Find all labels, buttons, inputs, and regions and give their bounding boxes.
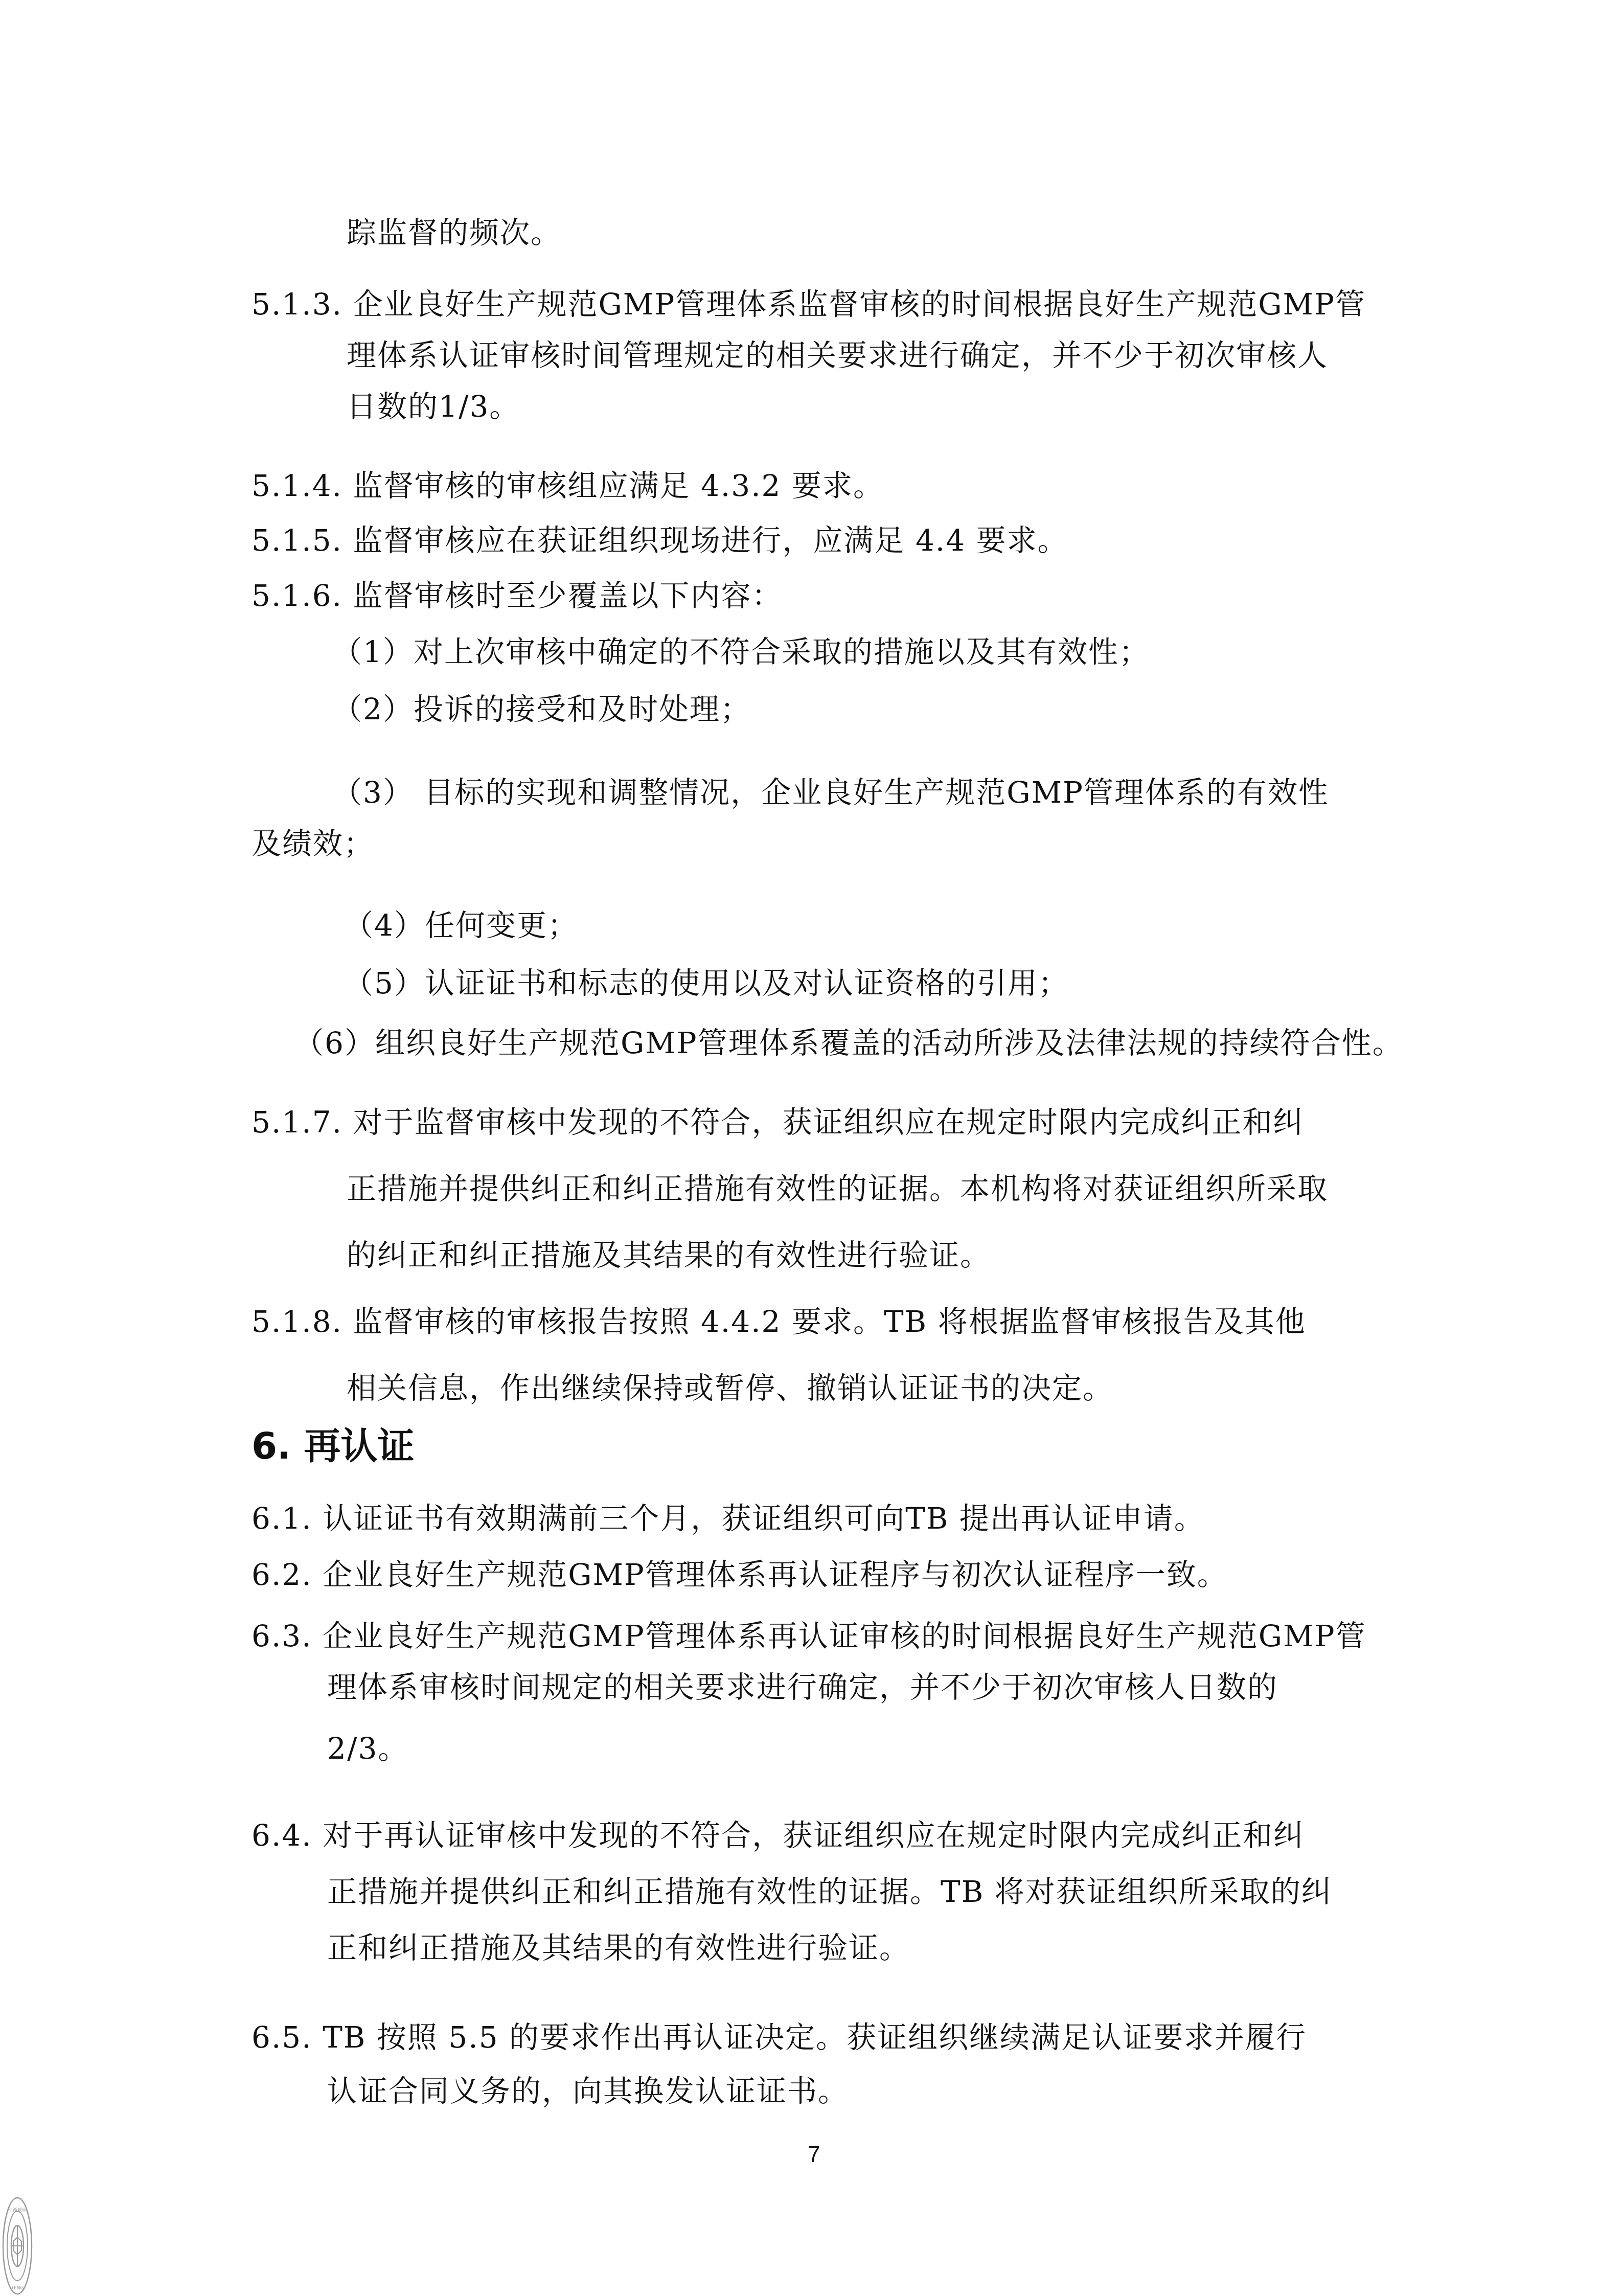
- clause-text: 企业良好生产规范GMP管理体系再认证审核的时间根据良好生产规范GMP管: [323, 1619, 1366, 1653]
- section-heading-6: 6. 再认证: [252, 1424, 415, 1468]
- clause-number: 5.1.4.: [252, 468, 342, 504]
- seal-bottom-text: TENG: [11, 2286, 24, 2291]
- clause-6-2: 6.2. 企业良好生产规范GMP管理体系再认证程序与初次认证程序一致。: [252, 1557, 1228, 1593]
- clause-5-1-8-line2: 相关信息，作出继续保持或暂停、撤销认证证书的决定。: [347, 1370, 1113, 1406]
- page-number: 7: [808, 2142, 820, 2168]
- clause-text: 监督审核应在获证组织现场进行，应满足 4.4 要求。: [353, 523, 1068, 558]
- list-item-1: （1）对上次审核中确定的不符合采取的措施以及其有效性；: [332, 634, 1150, 670]
- clause-6-4-line2: 正措施并提供纠正和纠正措施有效性的证据。TB 将对获证组织所采取的纠: [327, 1874, 1332, 1909]
- clause-6-4: 6.4. 对于再认证审核中发现的不符合，获证组织应在规定时限内完成纠正和纠: [252, 1817, 1304, 1853]
- list-item-5: （5）认证证书和标志的使用以及对认证资格的引用；: [344, 965, 1069, 1001]
- clause-text: 监督审核的审核组应满足 4.3.2 要求。: [353, 468, 883, 503]
- clause-5-1-7-line3: 的纠正和纠正措施及其结果的有效性进行验证。: [347, 1237, 991, 1273]
- clause-5-1-6: 5.1.6. 监督审核时至少覆盖以下内容：: [252, 578, 782, 613]
- list-item-3-line2: 及绩效；: [252, 826, 374, 861]
- clause-number: 6.2.: [252, 1557, 312, 1593]
- clause-number: 5.1.5.: [252, 522, 342, 558]
- clause-text: 对于监督审核中发现的不符合，获证组织应在规定时限内完成纠正和纠: [353, 1105, 1304, 1140]
- clause-5-1-5: 5.1.5. 监督审核应在获证组织现场进行，应满足 4.4 要求。: [252, 522, 1068, 558]
- clause-text: 企业良好生产规范GMP管理体系再认证程序与初次认证程序一致。: [323, 1557, 1228, 1592]
- clause-5-1-4: 5.1.4. 监督审核的审核组应满足 4.3.2 要求。: [252, 468, 884, 504]
- clause-text: 企业良好生产规范GMP管理体系监督审核的时间根据良好生产规范GMP管: [353, 287, 1366, 322]
- clause-text: 认证证书有效期满前三个月，获证组织可向TB 提出再认证申请。: [323, 1501, 1205, 1536]
- section-number: 6.: [252, 1424, 291, 1467]
- seal-top-text: 江西腾标: [8, 2207, 27, 2213]
- clause-number: 5.1.7.: [252, 1104, 342, 1140]
- clause-5-1-3: 5.1.3. 企业良好生产规范GMP管理体系监督审核的时间根据良好生产规范GMP…: [252, 286, 1366, 322]
- clause-number: 6.4.: [252, 1817, 312, 1853]
- paragraph-continuation: 踪监督的频次。: [347, 215, 561, 251]
- list-item-4: （4）任何变更；: [344, 907, 578, 943]
- clause-number: 5.1.8.: [252, 1304, 342, 1339]
- clause-number: 5.1.3.: [252, 286, 342, 322]
- clause-text: 监督审核的审核报告按照 4.4.2 要求。TB 将根据监督审核报告及其他: [353, 1304, 1306, 1339]
- clause-5-1-3-line3: 日数的1/3。: [347, 389, 520, 424]
- clause-5-1-7-line2: 正措施并提供纠正和纠正措施有效性的证据。本机构将对获证组织所采取: [347, 1171, 1328, 1207]
- clause-6-3-line3: 2/3。: [327, 1731, 408, 1766]
- clause-number: 6.1.: [252, 1501, 312, 1536]
- company-seal-icon: 江西腾标 TENG: [1, 2196, 34, 2296]
- clause-5-1-8: 5.1.8. 监督审核的审核报告按照 4.4.2 要求。TB 将根据监督审核报告…: [252, 1304, 1306, 1339]
- clause-6-5-line2: 认证合同义务的，向其换发认证证书。: [327, 2073, 849, 2109]
- clause-text: 监督审核时至少覆盖以下内容：: [353, 578, 782, 613]
- clause-6-5: 6.5. TB 按照 5.5 的要求作出再认证决定。获证组织继续满足认证要求并履…: [252, 2019, 1307, 2055]
- clause-6-1: 6.1. 认证证书有效期满前三个月，获证组织可向TB 提出再认证申请。: [252, 1501, 1205, 1536]
- list-item-2: （2）投诉的接受和及时处理；: [332, 691, 751, 727]
- clause-5-1-3-line2: 理体系认证审核时间管理规定的相关要求进行确定，并不少于初次审核人: [347, 337, 1328, 373]
- clause-6-4-line3: 正和纠正措施及其结果的有效性进行验证。: [327, 1930, 910, 1966]
- list-item-6: （6）组织良好生产规范GMP管理体系覆盖的活动所涉及法律法规的持续符合性。: [294, 1025, 1403, 1061]
- clause-text: 对于再认证审核中发现的不符合，获证组织应在规定时限内完成纠正和纠: [323, 1818, 1304, 1853]
- clause-number: 6.5.: [252, 2019, 312, 2055]
- clause-6-3-line2: 理体系审核时间规定的相关要求进行确定，并不少于初次审核人日数的: [327, 1669, 1278, 1705]
- clause-text: TB 按照 5.5 的要求作出再认证决定。获证组织继续满足认证要求并履行: [323, 2020, 1307, 2055]
- clause-6-3: 6.3. 企业良好生产规范GMP管理体系再认证审核的时间根据良好生产规范GMP管: [252, 1618, 1366, 1654]
- clause-number: 5.1.6.: [252, 578, 342, 613]
- list-item-3: （3） 目标的实现和调整情况，企业良好生产规范GMP管理体系的有效性: [332, 775, 1329, 810]
- section-title: 再认证: [304, 1424, 415, 1467]
- clause-5-1-7: 5.1.7. 对于监督审核中发现的不符合，获证组织应在规定时限内完成纠正和纠: [252, 1104, 1304, 1140]
- clause-number: 6.3.: [252, 1618, 312, 1654]
